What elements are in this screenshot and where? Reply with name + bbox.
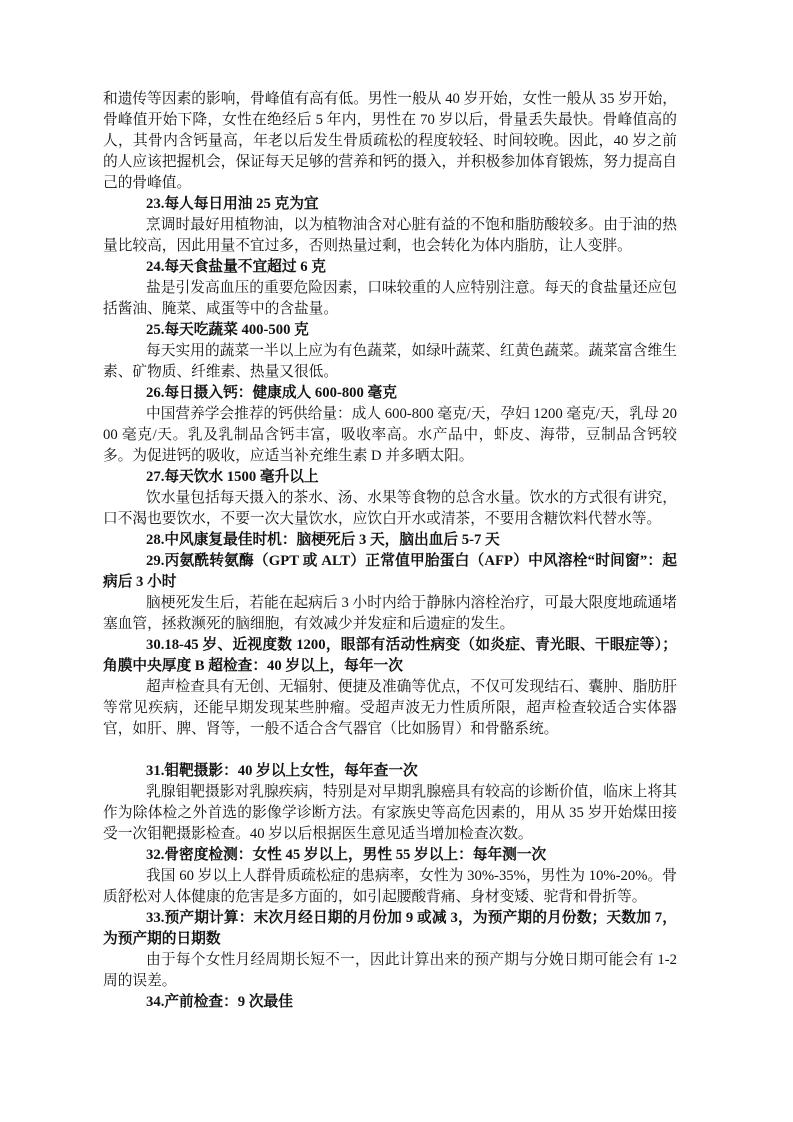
item-32-body: 我国 60 岁以上人群骨质疏松症的患病率，女性为 30%-35%，男性为 10%…	[103, 866, 677, 908]
item-34-heading: 34.产前检查：9 次最佳	[103, 992, 677, 1013]
item-31-body: 乳腺钼靶摄影对乳腺疾病，特别是对早期乳腺癌具有较高的诊断价值，临床上将其作为除体…	[103, 782, 677, 845]
item-28-heading: 28.中风康复最佳时机：脑梗死后 3 天，脑出血后 5-7 天	[103, 530, 677, 551]
item-27-body: 饮水量包括每天摄入的茶水、汤、水果等食物的总含水量。饮水的方式很有讲究，口不渴也…	[103, 488, 677, 530]
item-25-body: 每天实用的蔬菜一半以上应为有色蔬菜，如绿叶蔬菜、红黄色蔬菜。蔬菜富含维生素、矿物…	[103, 341, 677, 383]
item-27-heading: 27.每天饮水 1500 毫升以上	[103, 467, 677, 488]
document-page: 和遗传等因素的影响，骨峰值有高有低。男性一般从 40 岁开始，女性一般从 35 …	[0, 0, 793, 1122]
item-29-body: 脑梗死发生后，若能在起病后 3 小时内给于静脉内溶栓治疗，可最大限度地疏通堵塞血…	[103, 593, 677, 635]
item-26-heading: 26.每日摄入钙：健康成人 600-800 毫克	[103, 383, 677, 404]
continued-paragraph: 和遗传等因素的影响，骨峰值有高有低。男性一般从 40 岁开始，女性一般从 35 …	[103, 89, 677, 194]
item-23-body: 烹调时最好用植物油，以为植物油含对心脏有益的不饱和脂肪酸较多。由于油的热量比较高…	[103, 215, 677, 257]
blank-line	[103, 740, 677, 761]
item-33-heading: 33.预产期计算：末次月经日期的月份加 9 或减 3，为预产期的月份数；天数加 …	[103, 908, 677, 950]
item-32-heading: 32.骨密度检测：女性 45 岁以上，男性 55 岁以上：每年测一次	[103, 845, 677, 866]
item-23-heading: 23.每人每日用油 25 克为宜	[103, 194, 677, 215]
item-31-heading: 31.钼靶摄影：40 岁以上女性，每年查一次	[103, 761, 677, 782]
item-25-heading: 25.每天吃蔬菜 400-500 克	[103, 320, 677, 341]
item-30-body: 超声检查具有无创、无辐射、便捷及准确等优点，不仅可发现结石、囊肿、脂肪肝等常见疾…	[103, 677, 677, 740]
item-24-body: 盐是引发高血压的重要危险因素，口味较重的人应特别注意。每天的食盐量还应包括酱油、…	[103, 278, 677, 320]
item-29-heading: 29.丙氨酰转氨酶（GPT 或 ALT）正常值甲胎蛋白（AFP）中风溶栓“时间窗…	[103, 551, 677, 593]
item-30-heading: 30.18-45 岁、近视度数 1200，眼部有活动性病变（如炎症、青光眼、干眼…	[103, 635, 677, 677]
item-24-heading: 24.每天食盐量不宜超过 6 克	[103, 257, 677, 278]
item-33-body: 由于每个女性月经周期长短不一，因此计算出来的预产期与分娩日期可能会有 1-2 周…	[103, 950, 677, 992]
item-26-body: 中国营养学会推荐的钙供给量：成人 600-800 毫克/天，孕妇 1200 毫克…	[103, 404, 677, 467]
text-body: 和遗传等因素的影响，骨峰值有高有低。男性一般从 40 岁开始，女性一般从 35 …	[103, 89, 677, 1013]
